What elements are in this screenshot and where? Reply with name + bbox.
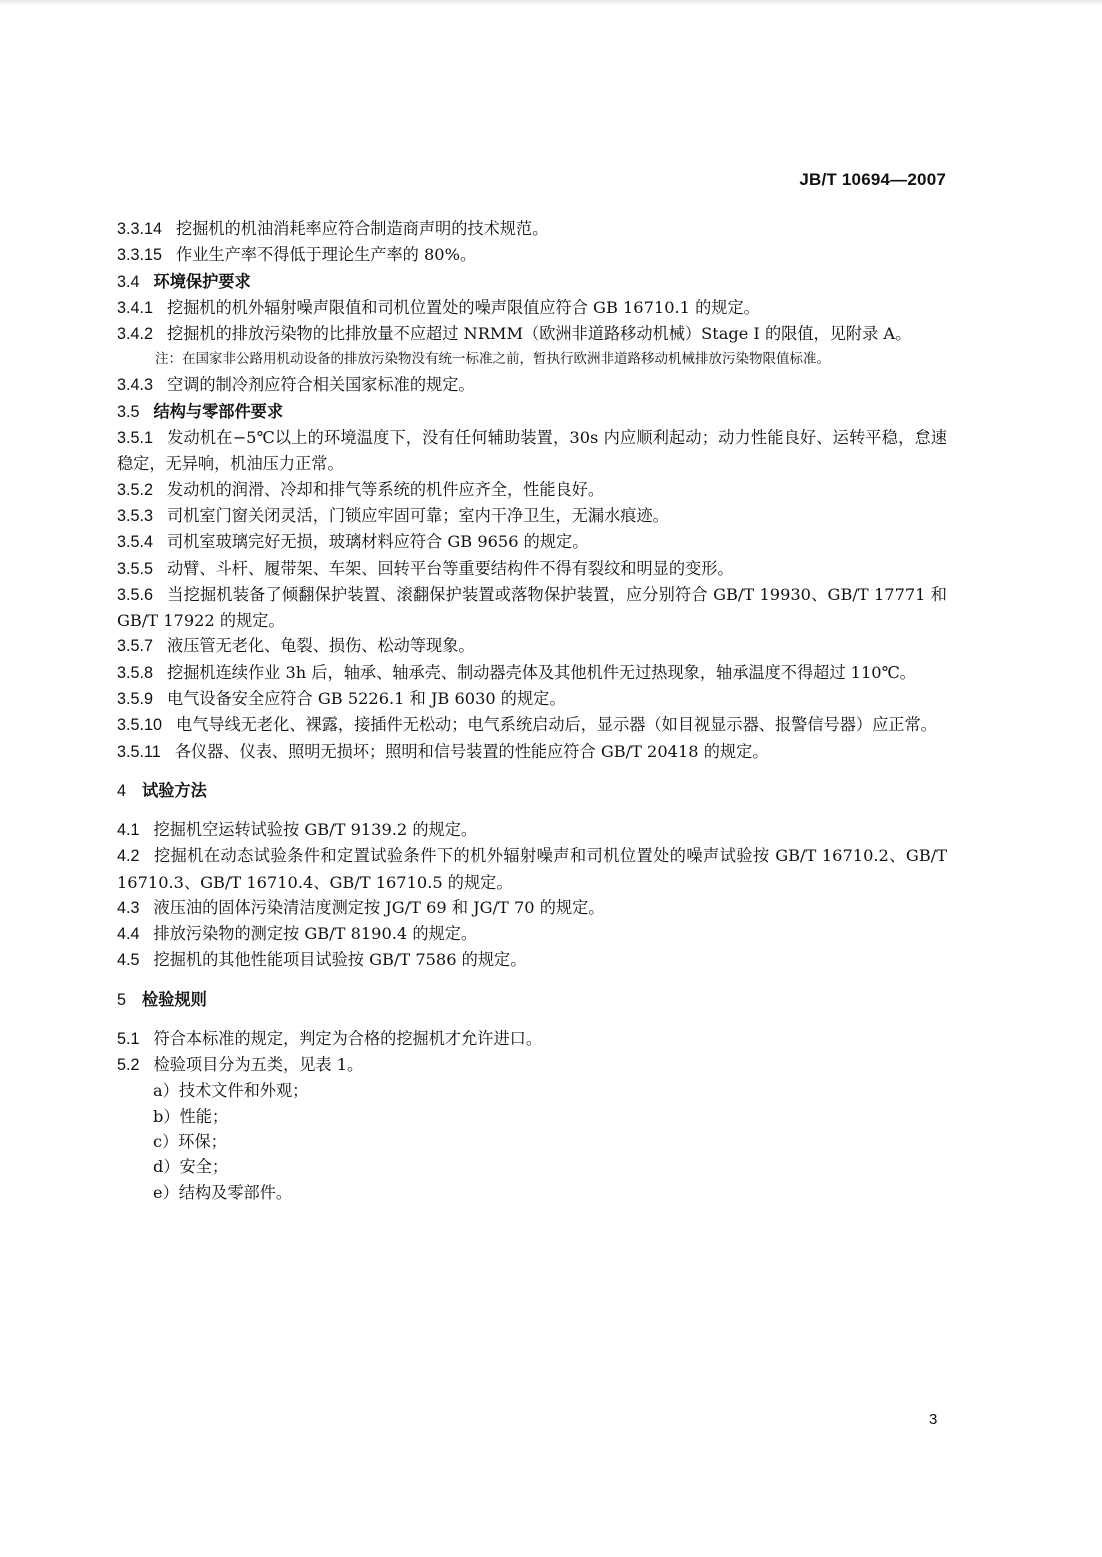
clause-text: 发动机在−5℃以上的环境温度下，没有任何辅助装置，30s 内应顺利起动；动力性能… [117,428,947,473]
standard-code-header: JB/T 10694—2007 [799,170,946,190]
clause-number: 3.5.7 [117,634,153,659]
clause-text: 各仪器、仪表、照明无损坏；照明和信号装置的性能应符合 GB/T 20418 的规… [175,742,769,761]
clause-3-3-14: 3.3.14挖掘机的机油消耗率应符合制造商声明的技术规范。 [117,216,947,242]
clause-text: 液压管无老化、龟裂、损伤、松动等现象。 [167,636,475,655]
chapter-5-heading: 5检验规则 [117,987,947,1013]
section-3-4-heading: 3.4环境保护要求 [117,269,947,295]
clause-text: 作业生产率不得低于理论生产率的 80%。 [176,245,476,264]
clause-3-5-9: 3.5.9电气设备安全应符合 GB 5226.1 和 JB 6030 的规定。 [117,686,947,712]
clause-text: 挖掘机的机外辐射噪声限值和司机位置处的噪声限值应符合 GB 16710.1 的规… [167,298,760,317]
clause-text: 符合本标准的规定，判定为合格的挖掘机才允许进口。 [154,1029,543,1048]
category-item-a: a）技术文件和外观； [117,1078,947,1103]
clause-3-4-3: 3.4.3空调的制冷剂应符合相关国家标准的规定。 [117,372,947,398]
chapter-number: 4 [117,779,126,804]
clause-text: 挖掘机的机油消耗率应符合制造商声明的技术规范。 [176,219,548,238]
clause-3-5-10: 3.5.10电气导线无老化、裸露，接插件无松动；电气系统启动后，显示器（如目视显… [117,712,947,738]
chapter-4-heading: 4试验方法 [117,778,947,804]
clause-3-5-7: 3.5.7液压管无老化、龟裂、损伤、松动等现象。 [117,633,947,659]
clause-number: 3.5.6 [117,583,153,608]
clause-number: 5.2 [117,1053,140,1078]
clause-number: 3.4.1 [117,296,153,321]
clause-number: 3.3.15 [117,243,162,268]
clause-3-5-5: 3.5.5动臂、斗杆、履带架、车架、回转平台等重要结构件不得有裂纹和明显的变形。 [117,556,947,582]
clause-3-5-6: 3.5.6当挖掘机装备了倾翻保护装置、滚翻保护装置或落物保护装置，应分别符合 G… [117,582,947,634]
clause-number: 3.5.3 [117,504,153,529]
clause-number: 3.5.10 [117,713,162,738]
document-page: JB/T 10694—2007 3.3.14挖掘机的机油消耗率应符合制造商声明的… [0,0,1102,1557]
section-title: 结构与零部件要求 [154,402,284,421]
clause-4-2: 4.2挖掘机在动态试验条件和定置试验条件下的机外辐射噪声和司机位置处的噪声试验按… [117,843,947,895]
chapter-title: 检验规则 [142,990,207,1009]
clause-text: 电气设备安全应符合 GB 5226.1 和 JB 6030 的规定。 [167,689,566,708]
clause-number: 4.2 [117,844,140,869]
clause-text: 司机室玻璃完好无损，玻璃材料应符合 GB 9656 的规定。 [167,532,588,551]
clause-3-5-11: 3.5.11各仪器、仪表、照明无损坏；照明和信号装置的性能应符合 GB/T 20… [117,739,947,765]
clause-number: 3.4.2 [117,322,153,347]
clause-number: 3.5.2 [117,478,153,503]
clause-text: 挖掘机的其他性能项目试验按 GB/T 7586 的规定。 [154,950,527,969]
clause-text: 挖掘机在动态试验条件和定置试验条件下的机外辐射噪声和司机位置处的噪声试验按 GB… [117,846,947,891]
clause-3-3-15: 3.3.15作业生产率不得低于理论生产率的 80%。 [117,242,947,268]
clause-text: 挖掘机的排放污染物的比排放量不应超过 NRMM（欧洲非道路移动机械）Stage … [167,324,911,343]
clause-text: 挖掘机空运转试验按 GB/T 9139.2 的规定。 [154,820,478,839]
clause-5-2: 5.2检验项目分为五类，见表 1。 [117,1052,947,1078]
clause-3-5-4: 3.5.4司机室玻璃完好无损，玻璃材料应符合 GB 9656 的规定。 [117,529,947,555]
section-number: 3.4 [117,270,140,295]
clause-4-3: 4.3液压油的固体污染清洁度测定按 JG/T 69 和 JG/T 70 的规定。 [117,895,947,921]
chapter-title: 试验方法 [142,781,207,800]
clause-number: 3.5.5 [117,557,153,582]
scan-edge [0,0,1102,6]
clause-3-4-1: 3.4.1挖掘机的机外辐射噪声限值和司机位置处的噪声限值应符合 GB 16710… [117,295,947,321]
clause-3-5-2: 3.5.2发动机的润滑、冷却和排气等系统的机件应齐全，性能良好。 [117,477,947,503]
clause-3-4-2: 3.4.2挖掘机的排放污染物的比排放量不应超过 NRMM（欧洲非道路移动机械）S… [117,321,947,347]
page-number: 3 [929,1411,937,1428]
clause-number: 4.1 [117,818,140,843]
clause-number: 4.5 [117,948,140,973]
clause-text: 动臂、斗杆、履带架、车架、回转平台等重要结构件不得有裂纹和明显的变形。 [167,559,734,578]
category-item-b: b）性能； [117,1104,947,1129]
clause-text: 液压油的固体污染清洁度测定按 JG/T 69 和 JG/T 70 的规定。 [154,898,605,917]
clause-number: 5.1 [117,1027,140,1052]
document-body: 3.3.14挖掘机的机油消耗率应符合制造商声明的技术规范。 3.3.15作业生产… [117,216,947,1205]
clause-text: 电气导线无老化、裸露，接插件无松动；电气系统启动后，显示器（如目视显示器、报警信… [176,715,937,734]
clause-number: 3.5.11 [117,740,161,765]
clause-text: 发动机的润滑、冷却和排气等系统的机件应齐全，性能良好。 [167,480,604,499]
section-title: 环境保护要求 [154,272,251,291]
clause-text: 挖掘机连续作业 3h 后，轴承、轴承壳、制动器壳体及其他机件无过热现象，轴承温度… [167,663,916,682]
category-item-e: e）结构及零部件。 [117,1180,947,1205]
clause-text: 司机室门窗关闭灵活，门锁应牢固可靠；室内干净卫生，无漏水痕迹。 [167,506,669,525]
clause-text: 当挖掘机装备了倾翻保护装置、滚翻保护装置或落物保护装置，应分别符合 GB/T 1… [117,585,947,630]
category-item-d: d）安全； [117,1154,947,1179]
clause-number: 3.5.8 [117,661,153,686]
clause-3-5-3: 3.5.3司机室门窗关闭灵活，门锁应牢固可靠；室内干净卫生，无漏水痕迹。 [117,503,947,529]
clause-number: 3.3.14 [117,217,162,242]
clause-number: 3.5.9 [117,687,153,712]
section-number: 3.5 [117,400,140,425]
clause-4-1: 4.1挖掘机空运转试验按 GB/T 9139.2 的规定。 [117,817,947,843]
clause-text: 排放污染物的测定按 GB/T 8190.4 的规定。 [154,924,478,943]
clause-number: 3.4.3 [117,373,153,398]
chapter-number: 5 [117,988,126,1013]
clause-text: 空调的制冷剂应符合相关国家标准的规定。 [167,375,475,394]
clause-5-1: 5.1符合本标准的规定，判定为合格的挖掘机才允许进口。 [117,1026,947,1052]
section-3-5-heading: 3.5结构与零部件要求 [117,399,947,425]
note-emissions: 注：在国家非公路用机动设备的排放污染物没有统一标准之前，暂执行欧洲非道路移动机械… [117,347,947,372]
clause-3-5-8: 3.5.8挖掘机连续作业 3h 后，轴承、轴承壳、制动器壳体及其他机件无过热现象… [117,660,947,686]
clause-number: 3.5.1 [117,426,153,451]
clause-number: 4.4 [117,922,140,947]
clause-number: 3.5.4 [117,530,153,555]
clause-number: 4.3 [117,896,140,921]
clause-3-5-1: 3.5.1发动机在−5℃以上的环境温度下，没有任何辅助装置，30s 内应顺利起动… [117,425,947,477]
clause-4-4: 4.4排放污染物的测定按 GB/T 8190.4 的规定。 [117,921,947,947]
clause-4-5: 4.5挖掘机的其他性能项目试验按 GB/T 7586 的规定。 [117,947,947,973]
category-item-c: c）环保； [117,1129,947,1154]
clause-text: 检验项目分为五类，见表 1。 [154,1055,364,1074]
